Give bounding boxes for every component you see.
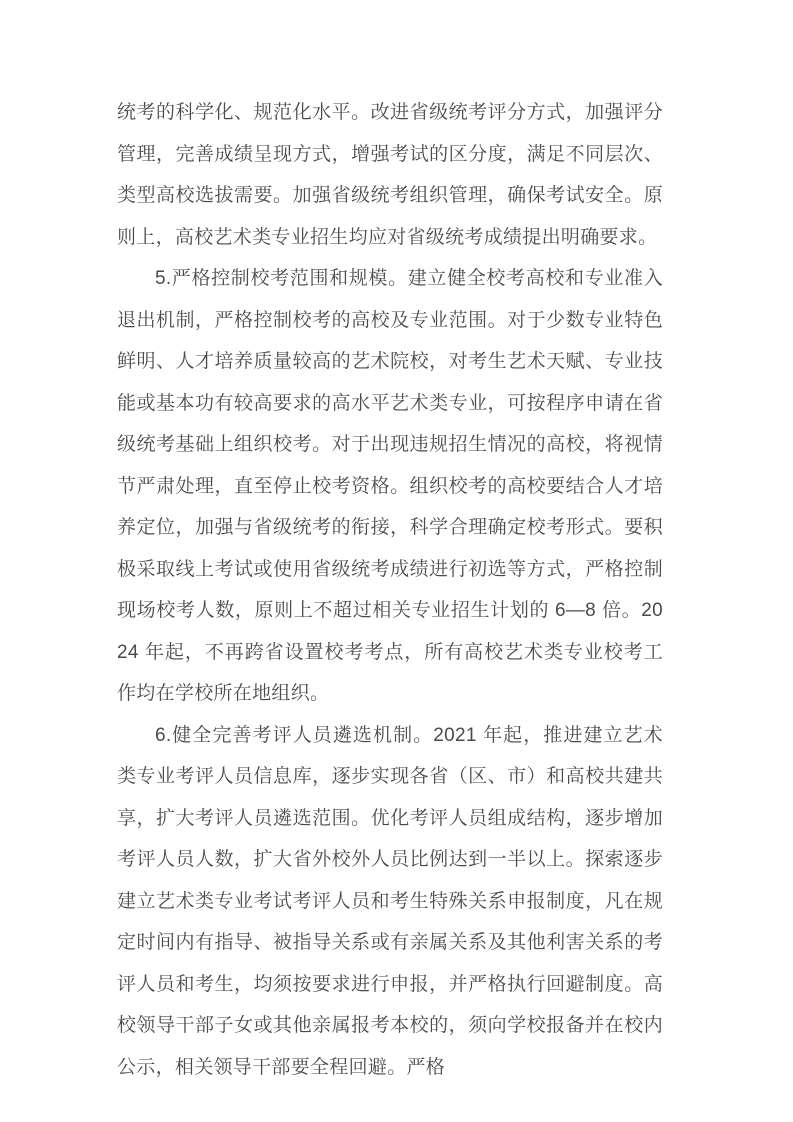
document-page: 统考的科学化、规范化水平。改进省级统考评分方式，加强评分管理，完善成绩呈现方式，… [0,0,793,1122]
paragraph-item-5-school-exam-control: 5.严格控制校考范围和规模。建立健全校考高校和专业准入退出机制，严格控制校考的高… [117,258,663,715]
paragraph-item-6-evaluator-selection: 6.健全完善考评人员遴选机制。2021 年起，推进建立艺术类专业考评人员信息库，… [117,715,663,1089]
paragraph-unified-exam-continuation: 统考的科学化、规范化水平。改进省级统考评分方式，加强评分管理，完善成绩呈现方式，… [117,92,663,258]
